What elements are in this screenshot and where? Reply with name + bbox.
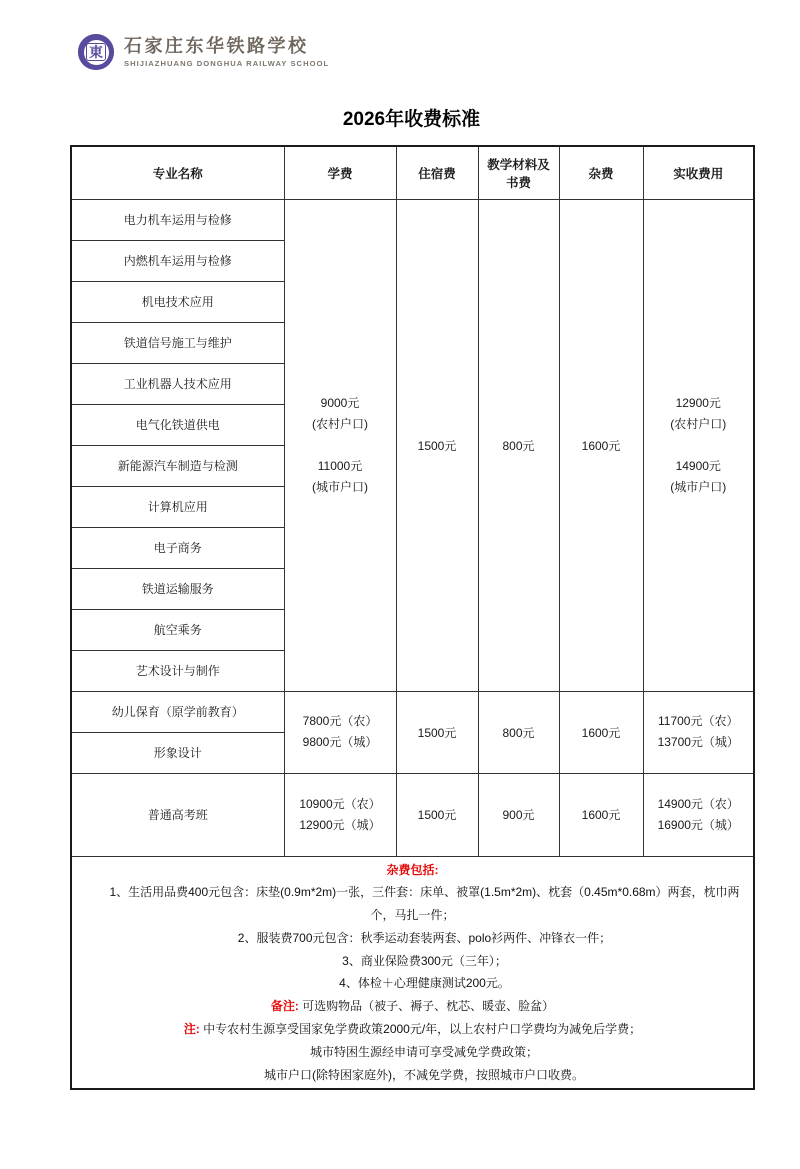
table-row: 幼儿保育（原学前教育） 7800元（农） 9800元（城） 1500元 800元… [71, 691, 754, 732]
major-cell: 铁道信号施工与维护 [71, 322, 284, 363]
table-row: 电力机车运用与检修 9000元 (农村户口) 11000元 (城市户口) 150… [71, 199, 754, 240]
remark-text: 可选购物品（被子、褥子、枕芯、暖壶、脸盆） [302, 999, 554, 1013]
group3-tuition-cell: 10900元（农） 12900元（城） [284, 773, 396, 856]
col-header-materials: 教学材料及书费 [478, 146, 559, 199]
major-cell: 内燃机车运用与检修 [71, 240, 284, 281]
col-header-total: 实收费用 [643, 146, 754, 199]
school-brand: 東 石家庄东华铁路学校 SHIJIAZHUANG DONGHUA RAILWAY… [78, 34, 329, 70]
major-cell: 机电技术应用 [71, 281, 284, 322]
major-cell: 电子商务 [71, 527, 284, 568]
fee-table: 专业名称 学费 住宿费 教学材料及书费 杂费 实收费用 电力机车运用与检修 90… [70, 145, 755, 1090]
group3-total-cell: 14900元（农） 16900元（城） [643, 773, 754, 856]
major-cell: 艺术设计与制作 [71, 650, 284, 691]
group1-misc-cell: 1600元 [559, 199, 643, 691]
remark-label: 备注: [271, 999, 299, 1013]
group2-tuition-cell: 7800元（农） 9800元（城） [284, 691, 396, 773]
note-label: 注: [184, 1022, 200, 1036]
group3-misc-cell: 1600元 [559, 773, 643, 856]
major-cell: 航空乘务 [71, 609, 284, 650]
major-cell: 新能源汽车制造与检测 [71, 445, 284, 486]
major-cell: 工业机器人技术应用 [71, 363, 284, 404]
table-row: 普通高考班 10900元（农） 12900元（城） 1500元 900元 160… [71, 773, 754, 856]
col-header-misc: 杂费 [559, 146, 643, 199]
major-cell: 形象设计 [71, 732, 284, 773]
misc-fee-item: 1、生活用品费400元包含：床垫(0.9m*2m)一张，三件套：床单、被罩(1.… [75, 881, 750, 927]
school-name-block: 石家庄东华铁路学校 SHIJIAZHUANG DONGHUA RAILWAY S… [124, 36, 329, 69]
notes-row: 杂费包括: 1、生活用品费400元包含：床垫(0.9m*2m)一张，三件套：床单… [71, 856, 754, 1089]
col-header-tuition: 学费 [284, 146, 396, 199]
group1-materials-cell: 800元 [478, 199, 559, 691]
group2-total-cell: 11700元（农） 13700元（城） [643, 691, 754, 773]
note-line-1: 注: 中专农村生源享受国家免学费政策2000元/年，以上农村户口学费均为减免后学… [75, 1018, 750, 1041]
major-cell: 电气化铁道供电 [71, 404, 284, 445]
logo-dong-glyph: 東 [86, 43, 106, 61]
logo-inner-circle: 東 [84, 40, 109, 65]
notes-block: 杂费包括: 1、生活用品费400元包含：床垫(0.9m*2m)一张，三件套：床单… [75, 859, 750, 1087]
note-line-2: 城市特困生源经申请可享受减免学费政策； [75, 1041, 750, 1064]
misc-fee-item: 4、体检＋心理健康测试200元。 [75, 972, 750, 995]
group1-tuition-cell: 9000元 (农村户口) 11000元 (城市户口) [284, 199, 396, 691]
misc-fee-item: 2、服装费700元包含：秋季运动套装两套、polo衫两件、冲锋衣一件； [75, 927, 750, 950]
page-title: 2026年收费标准 [70, 104, 753, 131]
col-header-major: 专业名称 [71, 146, 284, 199]
misc-fee-item: 3、商业保险费300元（三年）； [75, 950, 750, 973]
group1-accommodation-cell: 1500元 [396, 199, 478, 691]
group2-materials-cell: 800元 [478, 691, 559, 773]
fee-table-container: 专业名称 学费 住宿费 教学材料及书费 杂费 实收费用 电力机车运用与检修 90… [70, 145, 753, 1090]
table-header-row: 专业名称 学费 住宿费 教学材料及书费 杂费 实收费用 [71, 146, 754, 199]
major-cell: 普通高考班 [71, 773, 284, 856]
note-line-3: 城市户口(除特困家庭外)，不减免学费，按照城市户口收费。 [75, 1064, 750, 1087]
school-logo-icon: 東 [78, 34, 114, 70]
major-cell: 计算机应用 [71, 486, 284, 527]
group3-accommodation-cell: 1500元 [396, 773, 478, 856]
note-text-1: 中专农村生源享受国家免学费政策2000元/年，以上农村户口学费均为减免后学费； [203, 1022, 641, 1036]
major-cell: 电力机车运用与检修 [71, 199, 284, 240]
school-name-en: SHIJIAZHUANG DONGHUA RAILWAY SCHOOL [124, 59, 329, 68]
group2-misc-cell: 1600元 [559, 691, 643, 773]
group2-accommodation-cell: 1500元 [396, 691, 478, 773]
group3-materials-cell: 900元 [478, 773, 559, 856]
major-cell: 铁道运输服务 [71, 568, 284, 609]
col-header-accommodation: 住宿费 [396, 146, 478, 199]
school-name-cn: 石家庄东华铁路学校 [124, 36, 329, 57]
major-cell: 幼儿保育（原学前教育） [71, 691, 284, 732]
notes-cell: 杂费包括: 1、生活用品费400元包含：床垫(0.9m*2m)一张，三件套：床单… [71, 856, 754, 1089]
remark-line: 备注: 可选购物品（被子、褥子、枕芯、暖壶、脸盆） [75, 995, 750, 1018]
misc-fee-title: 杂费包括: [75, 859, 750, 882]
group1-total-cell: 12900元 (农村户口) 14900元 (城市户口) [643, 199, 754, 691]
